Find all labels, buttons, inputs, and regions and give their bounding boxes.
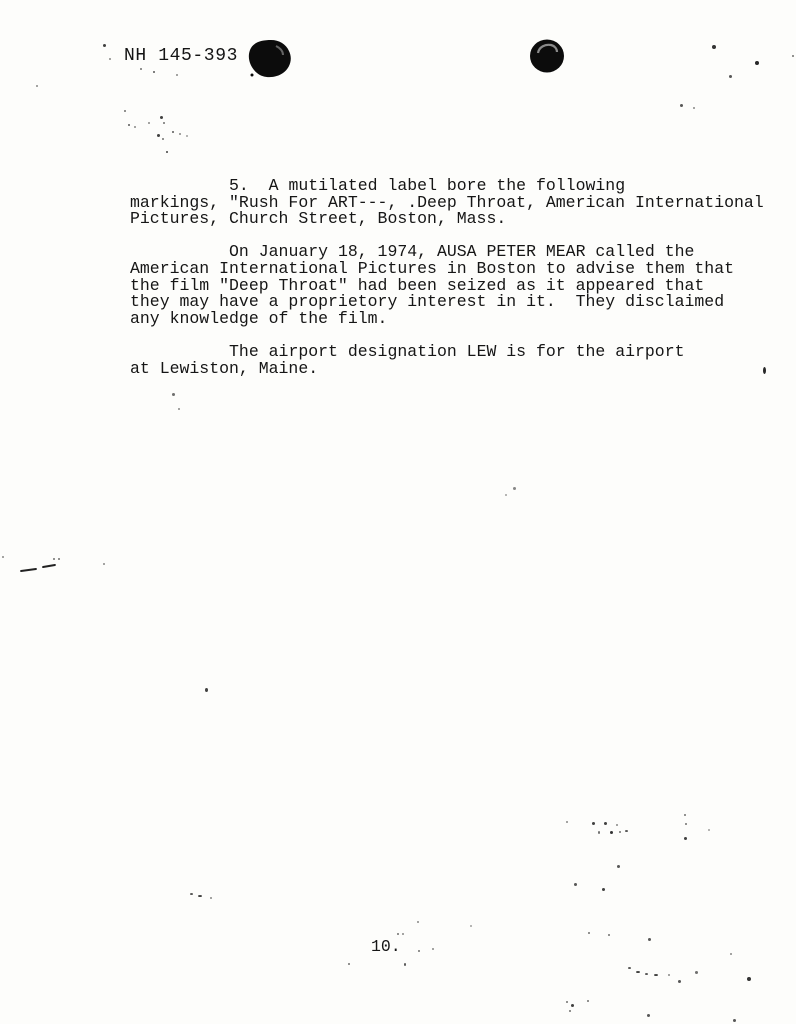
- page-number: 10.: [371, 937, 401, 956]
- scan-noise-layer: [0, 0, 796, 1024]
- document-body: 5. A mutilated label bore the following …: [130, 178, 790, 394]
- paragraph-ausa-call: On January 18, 1974, AUSA PETER MEAR cal…: [130, 244, 790, 327]
- paragraph-5-mutilated-label: 5. A mutilated label bore the following …: [130, 178, 790, 228]
- ink-blot-icon: [248, 39, 293, 84]
- scanned-document-page: NH 145-393 5. A mutilated label bore the…: [0, 0, 796, 1024]
- ink-blot-icon: [529, 39, 565, 78]
- paragraph-airport-designation: The airport designation LEW is for the a…: [130, 344, 790, 377]
- case-number: NH 145-393: [124, 46, 238, 66]
